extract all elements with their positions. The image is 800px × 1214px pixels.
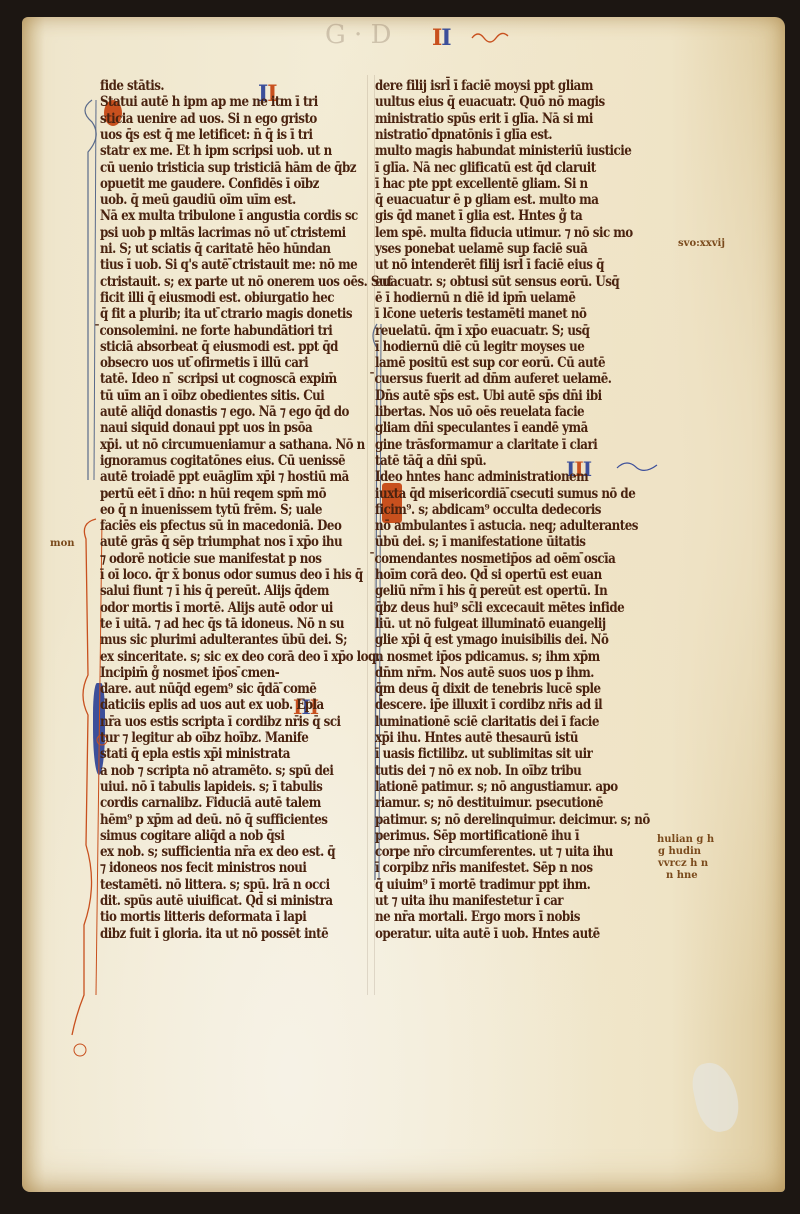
manuscript-line: riamur. s; nō destituimur. psecutionē	[375, 795, 603, 812]
margin-note-left: mon	[50, 538, 75, 549]
manuscript-line: obsecro uos ut ̄ofirmetis ī illū cari	[100, 355, 308, 372]
manuscript-line: gine trāsformamur a claritate ī clari	[375, 437, 597, 454]
manuscript-line: ministratio spūs erit ī glīa. Nā si mi	[375, 111, 593, 128]
running-header-ghost: G · D	[325, 20, 391, 50]
manuscript-line: autē grās q̄ sēp triumphat nos ī xp̄o ih…	[100, 534, 342, 551]
manuscript-line: dare. aut nūq̄d egem⁹ sic q̄dā ̄comē	[100, 681, 316, 698]
manuscript-line: ctristauit. s; ex parte ut nō onerem uos…	[100, 274, 392, 291]
header-flourish	[470, 30, 510, 44]
manuscript-line: uob. q̄ meū gaudiū oīm uīm est.	[100, 192, 296, 209]
manuscript-line: perimus. Sēp mortificationē ihu ī	[375, 828, 579, 845]
manuscript-line: a nob ⁊ scripta nō atramēto. s; spū dei	[100, 763, 333, 780]
manuscript-line: dit. spūs autē uiuificat. Qd̄ si ministr…	[100, 893, 333, 910]
manuscript-line: tur ⁊ legitur ab oībz hoībz. Manife	[100, 730, 308, 747]
manuscript-line: ī glīa. Nā nec glificatū est q̄d claruit	[375, 160, 596, 177]
manuscript-line: simus cogitare aliq̄d a nob q̄si	[100, 828, 284, 845]
manuscript-line: Statui autē h ipm ap me ne itm ī tri	[100, 94, 318, 111]
manuscript-line: Dn̄s autē sp̄s est. Ubi autē sp̄s dn̄i i…	[375, 388, 602, 405]
manuscript-line: corpe nr̄o circumferentes. ut ⁊ uita ihu	[375, 844, 613, 861]
margin-note-right-bottom-4: n hne	[666, 870, 698, 881]
manuscript-line: tū uīm an ī oībz obedientes sitis. Cui	[100, 388, 324, 405]
manuscript-line: luminationē sciē claritatis dei ī facie	[375, 714, 599, 731]
manuscript-line: ē ī hodiernū n diē id ipm̄ uelamē	[375, 290, 575, 307]
manuscript-line: opuetit me gaudere. Confidēs ī oībz	[100, 176, 319, 193]
manuscript-line: tutis dei ⁊ nō ex nob. In oībz tribu	[375, 763, 581, 780]
manuscript-line: gis q̄d manet ī glia est. Hntes g̊ ta	[375, 208, 582, 225]
manuscript-line: uiui. nō ī tabulis lapideis. s; ī tabuli…	[100, 779, 322, 796]
manuscript-line: ī hodiernū diē cū legitr moyses ue	[375, 339, 584, 356]
manuscript-line: tatē. Ideo n ̄ scripsi ut cognoscā expim…	[100, 371, 337, 388]
manuscript-line: ī hac pte ppt excellentē gliam. Si n	[375, 176, 588, 193]
manuscript-line: statr ex me. Et h ipm scripsi uob. ut n	[100, 143, 332, 160]
margin-note-right-bottom-1: hulian g h	[657, 834, 714, 845]
manuscript-line: uos q̄s est q̄ me letificet: n̄ q̄ is ī …	[100, 127, 312, 144]
manuscript-line: autē troiadē ppt euāglīm xp̄i ⁊ hostiū m…	[100, 469, 349, 486]
manuscript-line: ni. S; ut sciatis q̄ caritatē hēo hūndan	[100, 241, 330, 258]
manuscript-line: hoīm corā deo. Qd̄ si opertū est euan	[375, 567, 602, 584]
manuscript-line: salui fiunt ⁊ ī his q̄ pereūt. Alijs q̄d…	[100, 583, 329, 600]
manuscript-line: ūbū dei. s; ī manifestatione ūitatis	[375, 534, 585, 551]
manuscript-line: ī oī loco. q̄r x̄ bonus odor sumus deo ī…	[100, 567, 363, 584]
manuscript-line: dibz fuit ī gloria. ita ut nō possēt int…	[100, 926, 328, 943]
manuscript-line: ̄cuersus fuerit ad dn̄m auferet uelamē.	[375, 371, 611, 388]
manuscript-line: sticia uenire ad uos. Si n ego gristo	[100, 111, 317, 128]
chapter-3-right-flourish	[615, 458, 665, 474]
manuscript-line: ī corpibz nr̄is manifestet. Sēp n nos	[375, 860, 592, 877]
manuscript-line: lem spē. multa fiducia utimur. ⁊ nō sic …	[375, 225, 633, 242]
manuscript-line: uultus eius q̄ euacuatr. Quō nō magis	[375, 94, 605, 111]
manuscript-line: glie xp̄i q̄ est ymago inuisibilis dei. …	[375, 632, 608, 649]
manuscript-line: psi uob p mltās lacrimas nō ut ̄ctristem…	[100, 225, 346, 242]
manuscript-line: Ideo hntes hanc administrationem	[375, 469, 588, 486]
manuscript-line: libertas. Nos uō oēs reuelata facie	[375, 404, 584, 421]
manuscript-line: te ī uitā. ⁊ ad hec q̄s tā idoneus. Nō n…	[100, 616, 344, 633]
manuscript-line: ex sinceritate. s; sic ex deo corā deo ī…	[100, 649, 379, 666]
manuscript-line: ut nō intenderēt filij isrl̄ ī faciē eiu…	[375, 257, 604, 274]
manuscript-line: faciēs eis pfectus sū in macedoniā. Deo	[100, 518, 341, 535]
manuscript-line: yses ponebat uelamē sup faciē suā	[375, 241, 587, 258]
manuscript-line: euacuatr. s; obtusi sūt sensus eorū. Usq…	[375, 274, 619, 291]
manuscript-line: ī uasis fictilibz. ut sublimitas sit uir	[375, 746, 592, 763]
manuscript-line: nō ambulantes ī astucia. neq; adulterant…	[375, 518, 638, 535]
manuscript-line: ignoramus cogitatōnes eius. Cū uenissē	[100, 453, 345, 470]
manuscript-line: iuxta q̄d misericordiā ̄csecuti sumus nō…	[375, 486, 635, 503]
manuscript-line: daticiis eplis ad uos aut ex uob. Epla	[100, 697, 324, 714]
manuscript-line: pertū eēt ī dn̄o: n hūi reqem spm̄ mō	[100, 486, 326, 503]
manuscript-line: testamēti. nō littera. s; spū. lrā n occ…	[100, 877, 330, 894]
manuscript-line: stati q̄ epla estis xp̄i ministrata	[100, 746, 290, 763]
manuscript-line: geliū nr̄m ī his q̄ pereūt est opertū. I…	[375, 583, 607, 600]
manuscript-line: q̄m deus q̄ dixit de tenebris lucē sple	[375, 681, 601, 698]
manuscript-line: nistratio ̄dpnatōnis ī glīa est.	[375, 127, 552, 144]
manuscript-line: hēm⁹ p xp̄m ad deū. nō q̄ sufficientes	[100, 812, 327, 829]
manuscript-line: dere filij isrl̄ ī faciē moysi ppt gliam	[375, 78, 593, 95]
manuscript-line: ex nob. s; sufficientia nr̄a ex deo est.…	[100, 844, 335, 861]
manuscript-line: q̄bz deus hui⁹ sc̄li excecauit mētes inf…	[375, 600, 624, 617]
manuscript-line: operatur. uita autē ī uob. Hntes autē	[375, 926, 600, 943]
running-header-numeral: II	[432, 27, 451, 49]
manuscript-line: ficim⁹. s; abdicam⁹ occulta dedecoris	[375, 502, 601, 519]
margin-note-right-top: svo:xxvij	[678, 238, 725, 249]
manuscript-line: odor mortis ī mortē. Alijs autē odor ui	[100, 600, 333, 617]
margin-note-right-bottom-3: vvrcz h n	[658, 858, 708, 869]
manuscript-line: xp̄i ihu. Hntes autē thesaurū istū	[375, 730, 578, 747]
manuscript-line: cū uenio tristicia sup tristiciā hām de …	[100, 160, 356, 177]
manuscript-line: ficit illi q̄ eiusmodi est. obiurgatio h…	[100, 290, 334, 307]
manuscript-line: dn̄m nr̄m. Nos autē suos uos p ihm.	[375, 665, 594, 682]
manuscript-line: Nā ex multa tribulone ī angustia cordis …	[100, 208, 358, 225]
manuscript-line: lationē patimur. s; nō angustiamur. apo	[375, 779, 618, 796]
manuscript-line: naui siquid donaui ppt uos in psōa	[100, 420, 312, 437]
manuscript-line: ī lc̄one ueteris testamēti manet nō	[375, 306, 586, 323]
manuscript-line: sticiā absorbeat q̄ eiusmodi est. ppt q̄…	[100, 339, 338, 356]
manuscript-line: tius ī uob. Si q's autē ̄ctristauit me: …	[100, 257, 357, 274]
manuscript-line: tatē tāq̄ a dn̄i spū.	[375, 453, 486, 470]
manuscript-line: multo magis habundat ministeriū iusticie	[375, 143, 631, 160]
manuscript-line: q̄ fit a plurib; ita ut ̄ctrario magis d…	[100, 306, 352, 323]
manuscript-line: liū. ut nō fulgeat illuminatō euangelij	[375, 616, 606, 633]
manuscript-line: ut ⁊ uita ihu manifestetur ī car	[375, 893, 563, 910]
manuscript-line: autē aliq̄d donastis ⁊ ego. Nā ⁊ ego q̄d…	[100, 404, 349, 421]
manuscript-line: fide stātis.	[100, 78, 164, 95]
manuscript-line: patimur. s; nō derelinquimur. deicimur. …	[375, 812, 650, 829]
manuscript-line: q̄ euacuatur ē p gliam est. multo ma	[375, 192, 598, 209]
manuscript-line: q̄ uiuim⁹ ī mortē tradimur ppt ihm.	[375, 877, 590, 894]
manuscript-line: descere. ip̄e illuxit ī cordibz nr̄is ad…	[375, 697, 602, 714]
manuscript-line: cordis carnalibz. Fiduciā autē talem	[100, 795, 321, 812]
manuscript-line: xp̄i. ut nō circumueniamur a sathana. Nō…	[100, 437, 365, 454]
manuscript-line: ⁊ odorē noticie sue manifestat p nos	[100, 551, 321, 568]
manuscript-line: ne nr̄a mortali. Ergo mors ī nobis	[375, 909, 580, 926]
margin-note-right-bottom-2: g hudin	[658, 846, 701, 857]
manuscript-line: tio mortis litteris deformata ī lapi	[100, 909, 306, 926]
manuscript-line: eo q̄ n inuenissem tytū frēm. S; uale	[100, 502, 322, 519]
manuscript-line: n nosmet ip̄os pdicamus. s; ihm xp̄m	[375, 649, 600, 666]
manuscript-line: ̄consolemini. ne forte habundātiori tri	[100, 323, 332, 340]
manuscript-line: reuelatū. q̄m ī xp̄o euacuatr. S; usq̄	[375, 323, 589, 340]
manuscript-line: lamē positū est sup cor eorū. Cū autē	[375, 355, 605, 372]
manuscript-line: nr̄a uos estis scripta ī cordibz nr̄is q…	[100, 714, 341, 731]
manuscript-line: ⁊ idoneos nos fecit ministros noui	[100, 860, 306, 877]
manuscript-line: Incipim̄ g̊ nosmet ip̄os ̄cmen-	[100, 665, 279, 682]
manuscript-line: gliam dn̄i speculantes ī eandē ymā	[375, 420, 588, 437]
manuscript-line: mus sic plurimi adulterantes ūbū dei. S;	[100, 632, 347, 649]
manuscript-line: ̄comendantes nosmetip̄os ad oēm ̄oscīa	[375, 551, 615, 568]
